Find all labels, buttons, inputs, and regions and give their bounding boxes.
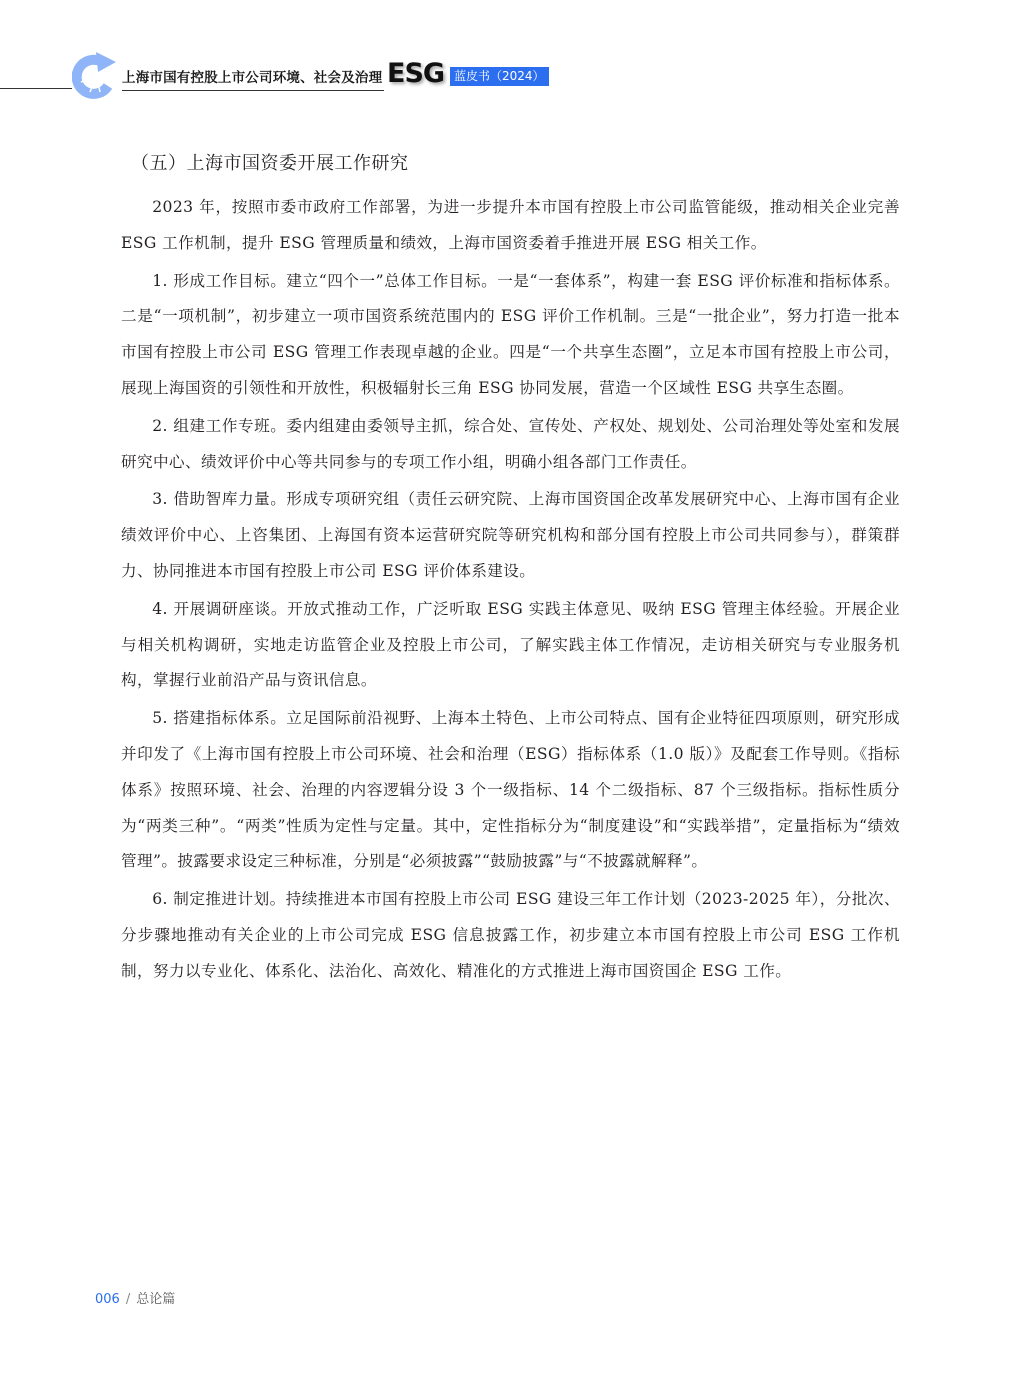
main-content: （五）上海市国资委开展工作研究 2023 年，按照市委市政府工作部署，为进一步提… [121, 148, 900, 992]
paragraph: 4. 开展调研座谈。开放式推动工作，广泛听取 ESG 实践主体意见、吸纳 ESG… [121, 592, 900, 699]
page-footer: 006/总论篇 [95, 1288, 175, 1307]
book-title: 上海市国有控股上市公司环境、社会及治理 [122, 66, 384, 91]
section-title: （五）上海市国资委开展工作研究 [131, 148, 900, 180]
paragraph: 2. 组建工作专班。委内组建由委领导主抓，综合处、宣传处、产权处、规划处、公司治… [121, 409, 900, 481]
paragraph: 1. 形成工作目标。建立“四个一”总体工作目标。一是“一套体系”，构建一套 ES… [121, 264, 900, 407]
header-rule [0, 88, 72, 89]
esg-mark: ESG [387, 58, 444, 89]
paragraph: 5. 搭建指标体系。立足国际前沿视野、上海本土特色、上市公司特点、国有企业特征四… [121, 701, 900, 880]
footer-separator: / [126, 1292, 130, 1307]
page-number: 006 [95, 1292, 120, 1307]
page-header: 上海市国有控股上市公司环境、社会及治理 ESG 蓝皮书（2024） [0, 0, 1020, 110]
circular-arrow-icon [72, 50, 118, 100]
section-label: 总论篇 [136, 1292, 175, 1307]
paragraph: 2023 年，按照市委市政府工作部署，为进一步提升本市国有控股上市公司监管能级，… [121, 190, 900, 262]
bluebook-badge: 蓝皮书（2024） [450, 67, 549, 86]
paragraph: 3. 借助智库力量。形成专项研究组（责任云研究院、上海市国资国企改革发展研究中心… [121, 482, 900, 589]
paragraph: 6. 制定推进计划。持续推进本市国有控股上市公司 ESG 建设三年工作计划（20… [121, 882, 900, 989]
